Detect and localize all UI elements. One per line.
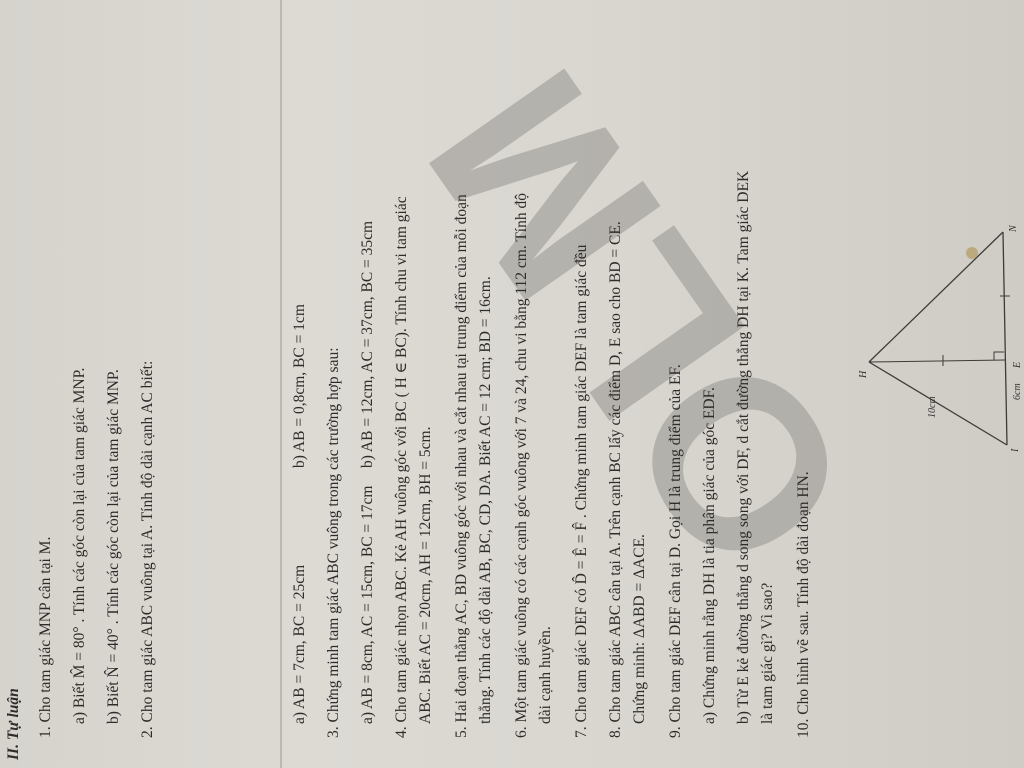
- triangle-HIN: H 10cm I 6cm E N: [0, 0, 1024, 768]
- label-E: E: [1012, 362, 1023, 369]
- label-I: I: [1010, 448, 1021, 453]
- label-6cm: 6cm: [1012, 383, 1023, 400]
- label-H: H: [858, 370, 869, 379]
- label-N: N: [1008, 224, 1019, 233]
- label-side-10cm: 10cm: [927, 396, 938, 418]
